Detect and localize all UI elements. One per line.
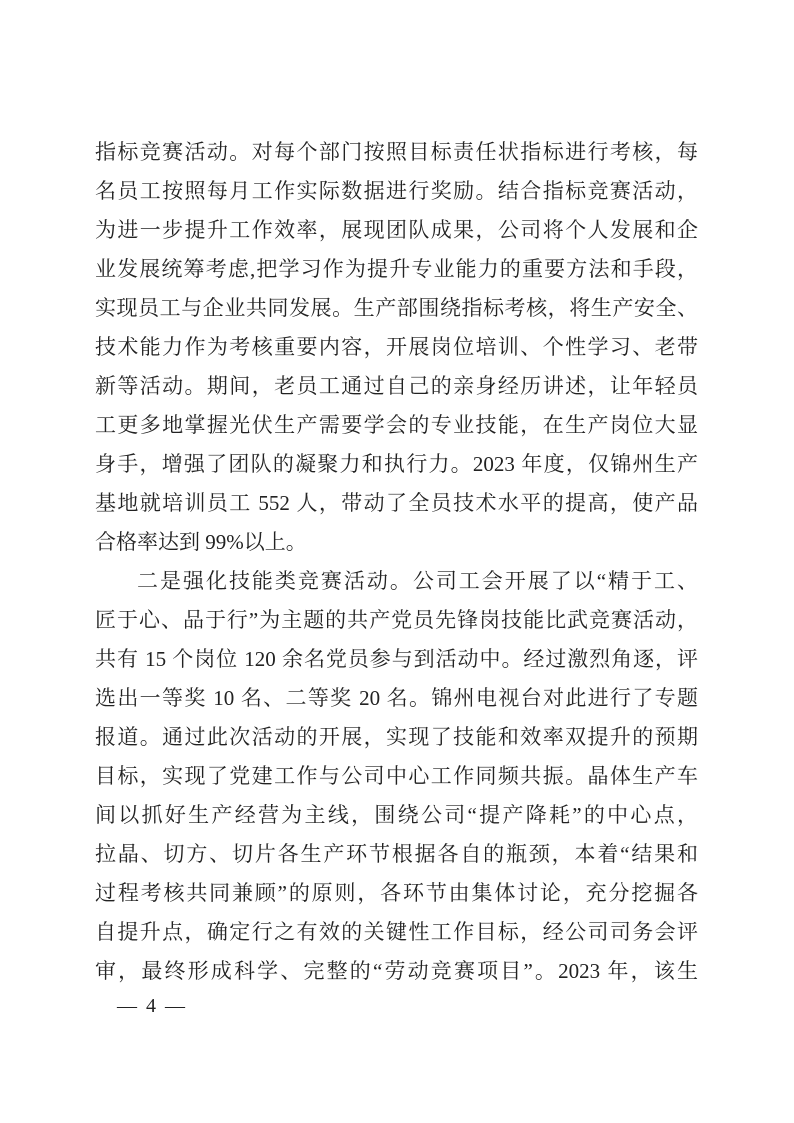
text-line: 基地就培训员工 552 人，带动了全员技术水平的提高，使产品 <box>95 484 698 523</box>
text-line: 新等活动。期间，老员工通过自己的亲身经历讲述，让年轻员 <box>95 367 698 406</box>
text-line: 身手，增强了团队的凝聚力和执行力。2023 年度，仅锦州生产 <box>95 445 698 484</box>
text-line: 工更多地掌握光伏生产需要学会的专业技能，在生产岗位大显 <box>95 406 698 445</box>
text-line: 拉晶、切方、切片各生产环节根据各自的瓶颈，本着“结果和 <box>95 835 698 874</box>
text-line: 二是强化技能类竞赛活动。公司工会开展了以“精于工、 <box>95 562 698 601</box>
text-line: 过程考核共同兼顾”的原则，各环节由集体讨论，充分挖掘各 <box>95 874 698 913</box>
text-line: 自提升点，确定行之有效的关键性工作目标，经公司司务会评 <box>95 913 698 952</box>
text-line: 间以抓好生产经营为主线，围绕公司“提产降耗”的中心点， <box>95 796 698 835</box>
text-line: 为进一步提升工作效率，展现团队成果，公司将个人发展和企 <box>95 211 698 250</box>
text-line: 指标竞赛活动。对每个部门按照目标责任状指标进行考核，每 <box>95 133 698 172</box>
text-line: 报道。通过此次活动的开展，实现了技能和效率双提升的预期 <box>95 718 698 757</box>
text-line: 审，最终形成科学、完整的“劳动竞赛项目”。2023 年，该生 <box>95 952 698 991</box>
text-line: 业发展统筹考虑,把学习作为提升专业能力的重要方法和手段， <box>95 250 698 289</box>
text-line: 技术能力作为考核重要内容，开展岗位培训、个性学习、老带 <box>95 328 698 367</box>
document-body: 指标竞赛活动。对每个部门按照目标责任状指标进行考核，每名员工按照每月工作实际数据… <box>95 133 698 991</box>
text-line: 选出一等奖 10 名、二等奖 20 名。锦州电视台对此进行了专题 <box>95 679 698 718</box>
page-number: — 4 — <box>117 994 187 1018</box>
text-line: 共有 15 个岗位 120 余名党员参与到活动中。经过激烈角逐，评 <box>95 640 698 679</box>
text-line: 名员工按照每月工作实际数据进行奖励。结合指标竞赛活动， <box>95 172 698 211</box>
text-line: 合格率达到 99%以上。 <box>95 523 698 562</box>
text-line: 实现员工与企业共同发展。生产部围绕指标考核，将生产安全、 <box>95 289 698 328</box>
text-line: 目标，实现了党建工作与公司中心工作同频共振。晶体生产车 <box>95 757 698 796</box>
text-line: 匠于心、品于行”为主题的共产党员先锋岗技能比武竞赛活动， <box>95 601 698 640</box>
document-page: 指标竞赛活动。对每个部门按照目标责任状指标进行考核，每名员工按照每月工作实际数据… <box>0 0 794 1123</box>
